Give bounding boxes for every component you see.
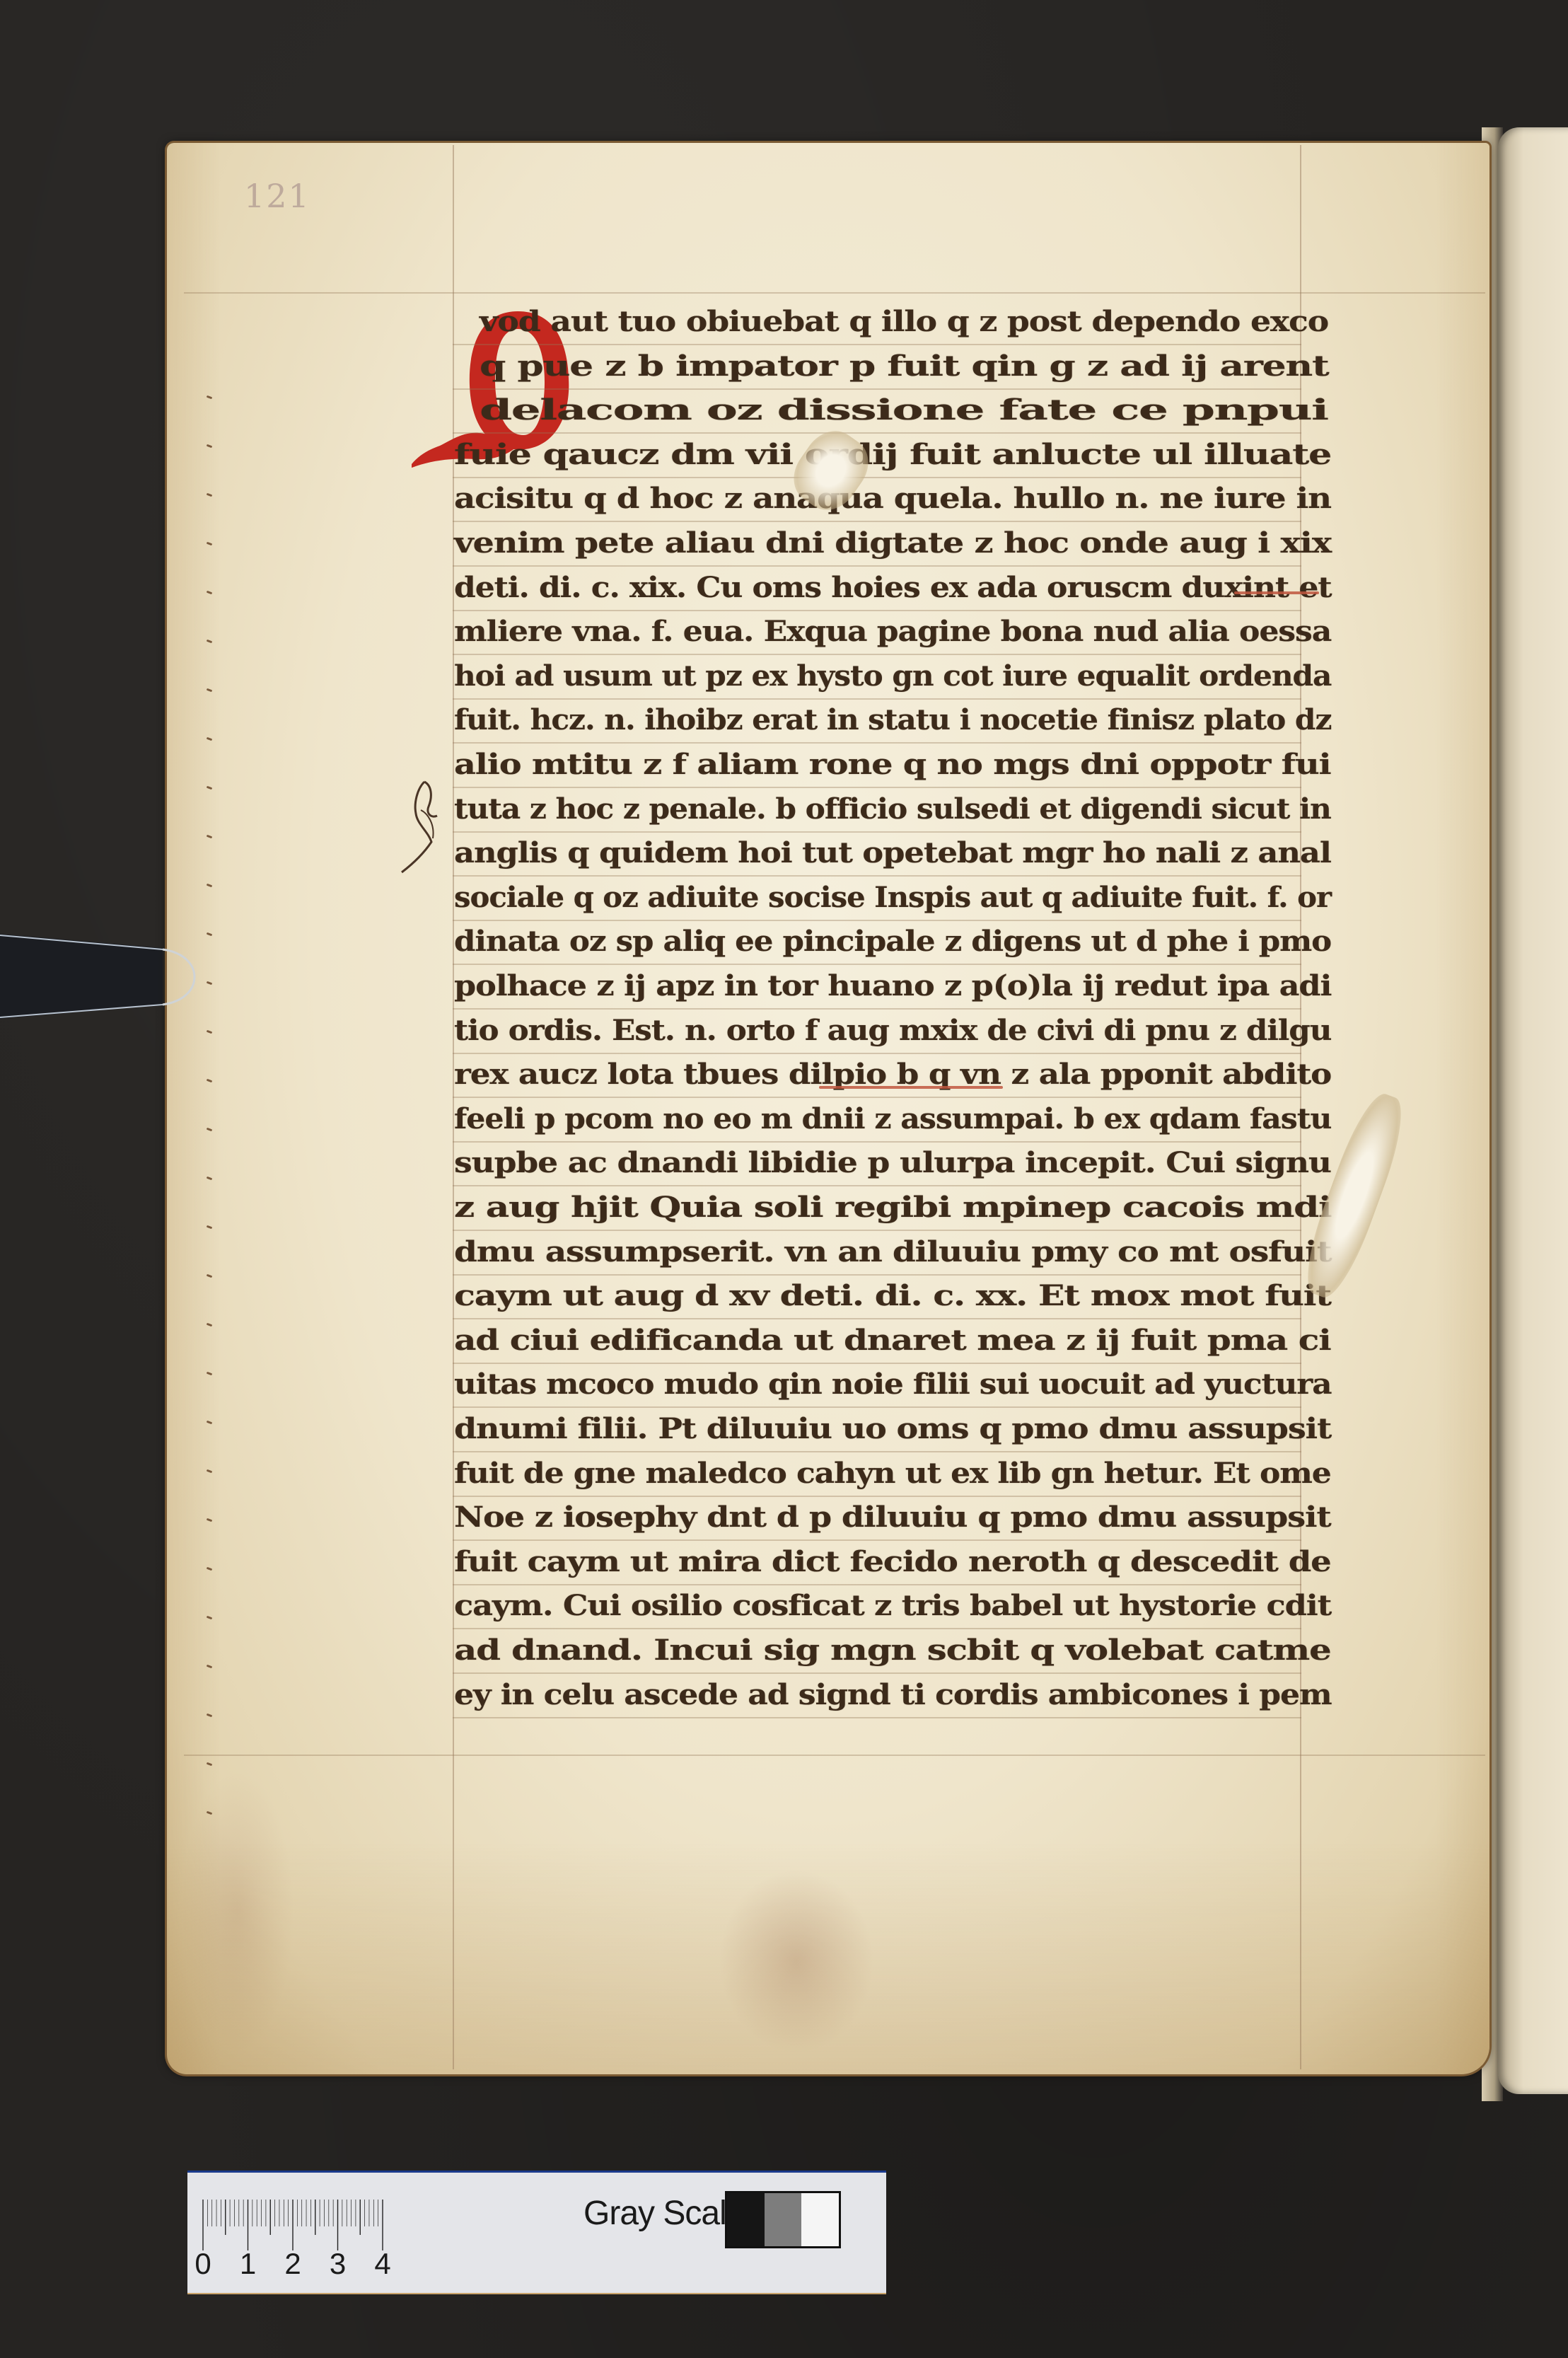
ruling-line-horizontal xyxy=(453,1406,1301,1408)
stain xyxy=(719,1869,874,2053)
text-line: dnumi filii. Pt diluuiu uo oms q pmo dmu… xyxy=(454,1411,1331,1447)
text-line: venim pete aliau dni digtate z hoc onde … xyxy=(454,526,1331,561)
text-line: polhace z ij apz in tor huano z p(o)la i… xyxy=(454,969,1331,1004)
text-line: uitas mcoco mudo qin noie filii sui uocu… xyxy=(454,1367,1331,1402)
ruling-line-horizontal xyxy=(453,432,1301,434)
text-line: vod aut tuo obiuebat q illo q z post dep… xyxy=(480,304,1328,340)
text-line: anglis q quidem hoi tut opetebat mgr ho … xyxy=(454,836,1331,871)
ruler-number: 3 xyxy=(330,2247,346,2281)
red-underline xyxy=(1234,591,1319,594)
ruling-line-horizontal xyxy=(453,787,1301,788)
ruling-line-horizontal xyxy=(453,1717,1301,1718)
text-line: fuit de gne maledco cahyn ut ex lib gn h… xyxy=(454,1456,1331,1491)
ruler xyxy=(200,2194,391,2250)
ruling-line-horizontal xyxy=(453,742,1301,744)
ruling-line-horizontal xyxy=(184,1755,1485,1756)
text-line: fuit. hcz. n. ihoibz erat in statu i noc… xyxy=(454,703,1331,738)
red-underline xyxy=(819,1086,1003,1089)
ruling-line-horizontal xyxy=(453,1185,1301,1186)
text-line: acisitu q d hoc z anaqua quela. hullo n.… xyxy=(454,481,1331,516)
ruler-numbers: 01234 xyxy=(187,2247,400,2282)
ruling-line-horizontal xyxy=(453,1584,1301,1585)
ruling-line-horizontal xyxy=(453,1053,1301,1054)
ruling-line-horizontal xyxy=(453,1008,1301,1010)
ruling-line-horizontal xyxy=(453,875,1301,877)
ruling-line-horizontal xyxy=(453,1230,1301,1231)
scale-bar: 01234 Gray Scale xyxy=(187,2171,886,2294)
ruler-number: 4 xyxy=(374,2247,390,2281)
ruling-line-horizontal xyxy=(453,344,1301,345)
ruling-line-horizontal xyxy=(453,964,1301,965)
ruling-line-horizontal xyxy=(453,831,1301,833)
text-line: caym ut aug d xv deti. di. c. xx. Et mox… xyxy=(454,1278,1331,1314)
gray-swatch xyxy=(727,2193,765,2246)
ruling-line-horizontal xyxy=(453,1451,1301,1452)
text-line: delacom oz dissione fate ce pnpui xyxy=(480,393,1328,428)
ruling-line-horizontal xyxy=(453,654,1301,655)
text-line: fuie qaucz dm vii ordij fuit anlucte ul … xyxy=(454,437,1331,473)
folio-number: 121 xyxy=(244,177,310,215)
ruling-line-horizontal xyxy=(453,1363,1301,1364)
text-line: alio mtitu z f aliam rone q no mgs dni o… xyxy=(454,747,1331,782)
text-line: tio ordis. Est. n. orto f aug mxix de ci… xyxy=(454,1013,1331,1048)
text-line: fuit caym ut mira dict fecido neroth q d… xyxy=(454,1544,1331,1580)
text-line: sociale q oz adiuite socise Inspis aut q… xyxy=(454,880,1331,915)
ruler-number: 2 xyxy=(284,2247,301,2281)
ruling-line-horizontal xyxy=(453,698,1301,700)
ruling-line-horizontal xyxy=(453,610,1301,611)
text-line: dinata oz sp aliq ee pincipale z digens … xyxy=(454,924,1331,959)
text-line: hoi ad usum ut pz ex hysto gn cot iure e… xyxy=(454,659,1331,694)
ruling-line-horizontal xyxy=(453,521,1301,522)
gray-swatch xyxy=(765,2193,802,2246)
text-line: q pue z b impator p fuit qin g z ad ij a… xyxy=(480,349,1328,384)
ruling-line-horizontal xyxy=(453,1318,1301,1319)
ruler-number: 0 xyxy=(194,2247,211,2281)
ruling-line-horizontal xyxy=(184,292,1485,294)
text-line: deti. di. c. xix. Cu oms hoies ex ada or… xyxy=(454,570,1332,606)
text-line: tuta z hoc z penale. b officio sulsedi e… xyxy=(454,792,1331,827)
ruler-number: 1 xyxy=(240,2247,256,2281)
text-line: dmu assumpserit. vn an diluuiu pmy co mt… xyxy=(454,1235,1331,1270)
facing-page-edge xyxy=(1498,127,1568,2094)
ruling-line-horizontal xyxy=(453,565,1301,567)
ruling-line-horizontal xyxy=(453,477,1301,478)
book-clip xyxy=(0,920,198,1026)
gray-scale-swatches xyxy=(725,2191,841,2248)
ruling-line-horizontal xyxy=(453,920,1301,921)
text-line: mliere vna. f. eua. Exqua pagine bona nu… xyxy=(454,614,1331,649)
text-line: caym. Cui osilio cosficat z tris babel u… xyxy=(454,1588,1331,1624)
text-line: z aug hjit Quia soli regibi mpinep cacoi… xyxy=(454,1190,1331,1225)
ruling-line-horizontal xyxy=(453,1672,1301,1674)
text-line: feeli p pcom no eo m dnii z assumpai. b … xyxy=(454,1102,1331,1137)
ruling-line-horizontal xyxy=(453,1274,1301,1276)
text-line: ey in celu ascede ad signd ti cordis amb… xyxy=(454,1677,1332,1713)
text-line: ad dnand. Incui sig mgn scbit q volebat … xyxy=(454,1633,1331,1668)
manicule-icon xyxy=(396,775,474,874)
ruling-line-horizontal xyxy=(453,1539,1301,1541)
text-line: ad ciui edificanda ut dnaret mea z ij fu… xyxy=(454,1323,1330,1358)
ruling-line-horizontal xyxy=(453,388,1301,390)
text-line: Noe z iosephy dnt d p diluuiu q pmo dmu … xyxy=(454,1500,1331,1535)
ruling-line-horizontal xyxy=(453,1141,1301,1143)
gray-swatch xyxy=(801,2193,839,2246)
stain xyxy=(181,1770,294,2053)
text-line: supbe ac dnandi libidie p ulurpa incepit… xyxy=(454,1145,1331,1181)
ruling-line-horizontal xyxy=(453,1496,1301,1497)
ruling-line-horizontal xyxy=(453,1628,1301,1629)
ruling-line-horizontal xyxy=(453,1097,1301,1098)
gray-scale-label: Gray Scale xyxy=(583,2194,744,2233)
